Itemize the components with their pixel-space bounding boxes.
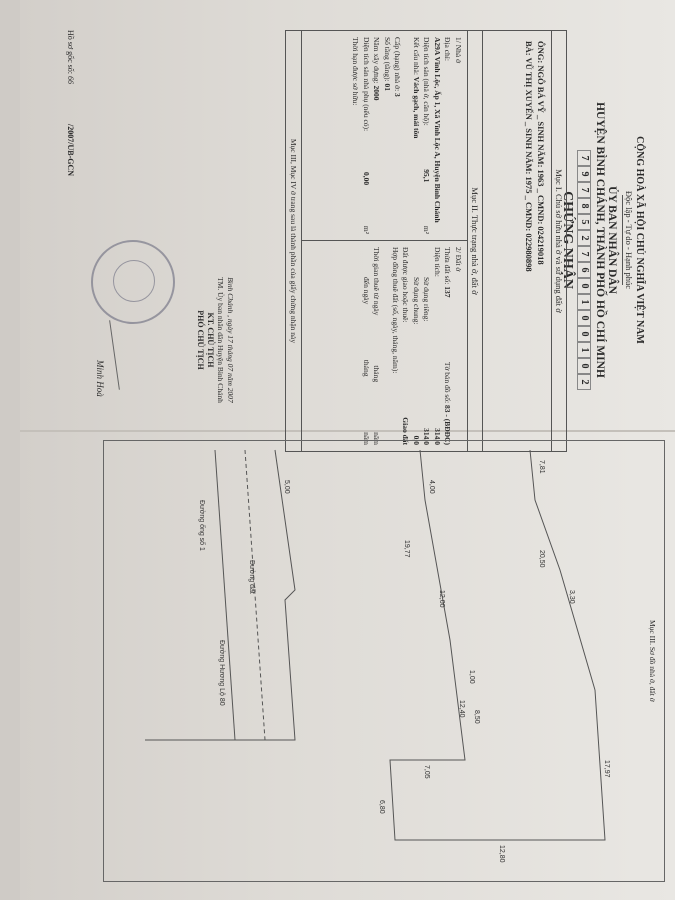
svg-text:7,05: 7,05 <box>423 765 430 779</box>
serial-digit: 6 <box>577 262 591 278</box>
country-name: CỘNG HOÀ XÃ HỘI CHỦ NGHĨA VIỆT NAM <box>634 30 645 450</box>
file-label: Hồ sơ gốc số: <box>66 30 75 74</box>
address-label: Địa chỉ: <box>442 37 453 61</box>
term-label: Thời hạn được sở hữu: <box>350 37 361 234</box>
aux-area: 0,00 <box>361 172 372 185</box>
aux-area-label: Diện tích sàn nhà phụ (nếu có): <box>361 37 372 131</box>
house-heading: 1/ Nhà ở <box>453 37 464 234</box>
svg-text:4,00: 4,00 <box>428 480 435 494</box>
structure: Vách gạch, mái tôn <box>412 77 421 139</box>
svg-text:17,97: 17,97 <box>603 760 610 778</box>
owner-2: BÀ: VŨ THỊ XUYẾN _ SINH NĂM: 1975 _ CMND… <box>523 41 535 441</box>
structure-label: Kết cấu nhà: <box>412 37 421 75</box>
footer-note: Mục III, Mục IV ở trang sau là thành phầ… <box>286 31 301 451</box>
floors-label: Số tầng (tầng): <box>383 37 392 82</box>
build-year: 2000 <box>373 85 382 100</box>
on-behalf: TM. Ủy ban nhân dân Huyện Bình Chánh <box>215 240 225 440</box>
serial-digit: 9 <box>577 166 591 182</box>
svg-text:3,30: 3,30 <box>568 590 575 604</box>
section2-body: 1/ Nhà ở Địa chỉ: A29A Vĩnh Lộc, Ấp 1, X… <box>301 31 467 451</box>
role-1: KT. CHỦ TỊCH <box>205 240 215 440</box>
svg-text:Đường đất: Đường đất <box>248 560 257 594</box>
certificate-header: CỘNG HOÀ XÃ HỘI CHỦ NGHĨA VIỆT NAM Độc l… <box>559 30 645 450</box>
grade: 3 <box>394 93 403 97</box>
plot-label: Thửa đất số: <box>444 247 453 284</box>
signer-name: Minh Hoà <box>95 360 105 397</box>
shared-label: Sử dụng chung: <box>411 247 422 324</box>
svg-text:Đường Hương Lộ 80: Đường Hương Lộ 80 <box>218 640 225 706</box>
area-label: Diện tích: <box>432 247 443 277</box>
address: A29A Vĩnh Lộc, Ấp 1, Xã Vĩnh Lộc A, Huyệ… <box>432 37 443 234</box>
place-date: Bình Chánh , ngày 17 tháng 07 năm 2007 <box>225 240 235 440</box>
serial-digit: 7 <box>577 182 591 198</box>
serial-digit: 7 <box>577 150 591 166</box>
unit: m² <box>421 226 432 234</box>
section1-title: Mục I. Chủ sở hữu nhà ở và sử dụng đất ở <box>551 31 566 451</box>
lease-to: đến ngày <box>361 247 372 304</box>
svg-text:7,81: 7,81 <box>538 460 545 474</box>
svg-text:1,00: 1,00 <box>468 670 475 684</box>
serial-digit: 5 <box>577 214 591 230</box>
floors: 01 <box>383 83 392 91</box>
svg-text:12,40: 12,40 <box>458 700 465 718</box>
grade-label: Cấp (hạng) nhà ở: <box>394 37 403 91</box>
section2-title: Mục II. Thực trạng nhà ở, đất ở <box>467 31 482 451</box>
svg-text:12,80: 12,80 <box>498 845 505 863</box>
land-heading: 2/ Đất ở <box>453 247 464 445</box>
owners: ÔNG: NGÔ BÁ VỸ _ SINH NĂM: 1963 _ CMND: … <box>482 31 551 451</box>
decision-number: /2007/UB-GCN <box>66 124 75 176</box>
authority: ỦY BAN NHÂN DÂN <box>606 30 618 450</box>
motto: Độc lập - Tự do - Hạnh phúc <box>624 30 634 450</box>
site-plan-diagram: 17,9712,807,056,8012,403,308,5020,5012,0… <box>105 440 665 880</box>
floor-area-label: Diện tích sàn (nhà ở, căn hộ): <box>421 37 432 126</box>
allocation-label: Đất được giao hoặc thuê: <box>400 247 411 323</box>
serial-number: 797852760100102 <box>577 90 591 450</box>
house-info: 1/ Nhà ở Địa chỉ: A29A Vĩnh Lộc, Ấp 1, X… <box>302 31 467 241</box>
lease-from: Thời gian thuê từ ngày <box>371 247 382 315</box>
serial-digit: 0 <box>577 310 591 326</box>
certificate-sheet: CỘNG HOÀ XÃ HỘI CHỦ NGHĨA VIỆT NAM Độc l… <box>0 0 675 900</box>
month-label: tháng <box>371 365 382 382</box>
serial-digit: 0 <box>577 278 591 294</box>
serial-digit: 0 <box>577 358 591 374</box>
svg-text:19,77: 19,77 <box>403 540 410 558</box>
svg-text:6,80: 6,80 <box>378 800 385 814</box>
file-number: 66 <box>66 76 75 84</box>
serial-digit: 7 <box>577 246 591 262</box>
svg-text:8,50: 8,50 <box>473 710 480 724</box>
map-number: 83 - (BĐĐC) <box>444 405 453 445</box>
signature-block: Bình Chánh , ngày 17 tháng 07 năm 2007 T… <box>195 240 235 440</box>
lease-label: Hợp đồng thuê đất (số, ngày, tháng, năm)… <box>390 247 401 445</box>
svg-text:12,00: 12,00 <box>438 590 445 608</box>
serial-digit: 1 <box>577 294 591 310</box>
role-2: PHÓ CHỦ TỊCH <box>195 240 205 440</box>
serial-digit: 0 <box>577 326 591 342</box>
serial-digit: 2 <box>577 374 591 390</box>
year-label: Năm xây dựng: <box>373 37 382 84</box>
certificate-table: Mục I. Chủ sở hữu nhà ở và sử dụng đất ở… <box>285 30 567 452</box>
serial-digit: 2 <box>577 230 591 246</box>
map-label: Tờ bản đồ số: <box>444 362 453 403</box>
land-info: 2/ Đất ở Thửa đất số: 137Tờ bản đồ số: 8… <box>302 241 467 451</box>
private-label: Sử dụng riêng: <box>421 247 432 321</box>
svg-text:5,00: 5,00 <box>283 480 290 494</box>
svg-text:Đường ống số 1: Đường ống số 1 <box>198 500 207 551</box>
owner-1: ÔNG: NGÔ BÁ VỸ _ SINH NĂM: 1963 _ CMND: … <box>535 41 547 441</box>
plot-number: 137 <box>444 286 453 297</box>
district: HUYỆN BÌNH CHÁNH, THÀNH PHỐ HỒ CHÍ MINH <box>594 30 606 450</box>
divider <box>622 195 623 285</box>
floor-area: 95,1 <box>421 169 432 182</box>
unit: m² <box>361 226 372 234</box>
serial-digit: 1 <box>577 342 591 358</box>
month-label: tháng <box>361 360 372 377</box>
official-stamp-icon <box>91 240 175 324</box>
svg-text:20,50: 20,50 <box>538 550 545 568</box>
serial-digit: 8 <box>577 198 591 214</box>
file-info: Hồ sơ gốc số: 66 /2007/UB-GCN <box>66 30 75 450</box>
